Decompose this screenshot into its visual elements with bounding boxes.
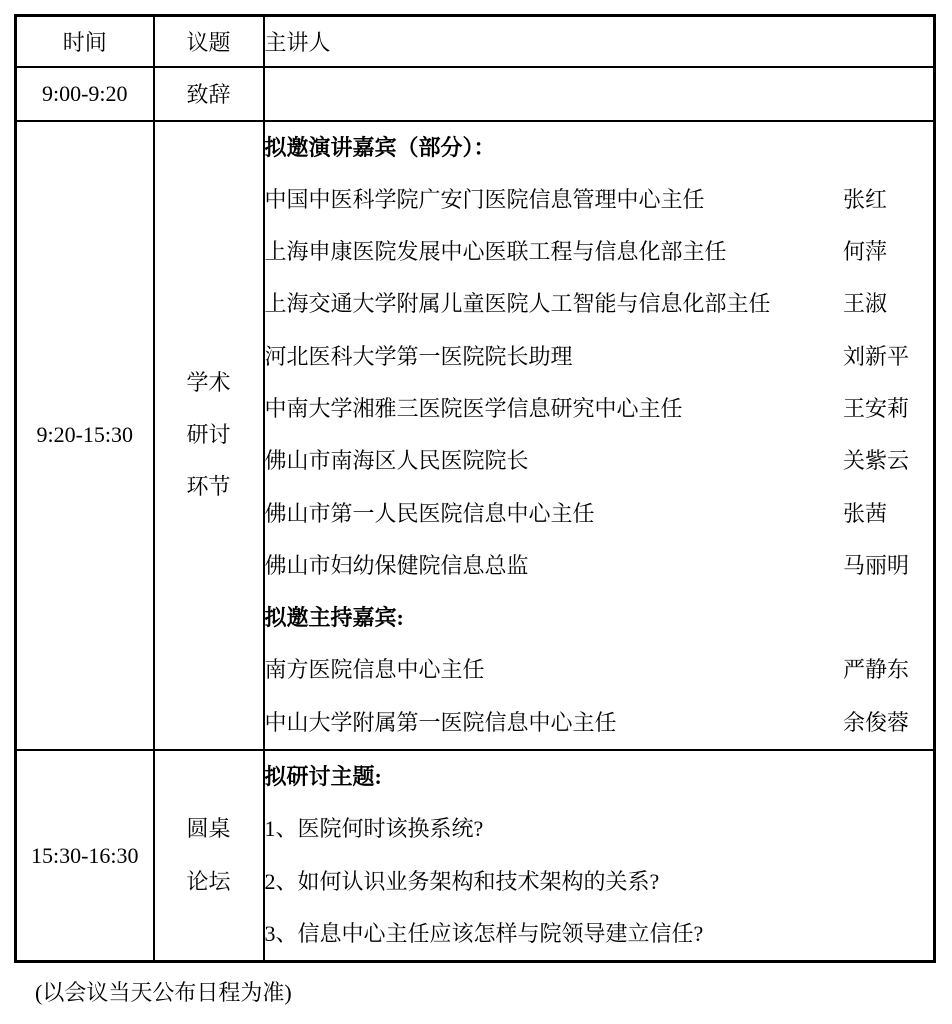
topic-line: 圆桌 <box>155 803 263 855</box>
header-cell-topic: 议题 <box>154 16 264 67</box>
speaker-name: 何萍 <box>843 226 933 278</box>
speaker-row: 上海交通大学附属儿童医院人工智能与信息化部主任 王淑 <box>265 278 934 330</box>
speaker-row: 中国中医科学院广安门医院信息管理中心主任 张红 <box>265 174 934 226</box>
topic-cell: 圆桌 论坛 <box>154 750 264 962</box>
speaker-name: 张红 <box>843 174 933 226</box>
themes-heading: 拟研讨主题: <box>265 751 934 803</box>
speaker-row: 河北医科大学第一医院院长助理 刘新平 <box>265 331 934 383</box>
speaker-org: 中国中医科学院广安门医院信息管理中心主任 <box>265 174 844 226</box>
topic-line: 论坛 <box>155 856 263 908</box>
host-name: 余俊蓉 <box>843 697 933 749</box>
time-cell: 9:00-9:20 <box>16 67 154 121</box>
topic-line: 学术 <box>155 357 263 409</box>
speaker-row: 中南大学湘雅三医院医学信息研究中心主任 王安莉 <box>265 383 934 435</box>
speaker-org: 佛山市妇幼保健院信息总监 <box>265 540 844 592</box>
header-cell-time: 时间 <box>16 16 154 67</box>
table-row-academic: 9:20-15:30 学术 研讨 环节 拟邀演讲嘉宾（部分）： 中国中医科学院广… <box>16 121 935 751</box>
topic-cell: 致辞 <box>154 67 264 121</box>
speaker-org: 中南大学湘雅三医院医学信息研究中心主任 <box>265 383 844 435</box>
topic-line-stack: 圆桌 论坛 <box>155 803 263 908</box>
table-row-opening: 9:00-9:20 致辞 <box>16 67 935 121</box>
themes-cell: 拟研讨主题: 1、医院何时该换系统? 2、如何认识业务架构和技术架构的关系? 3… <box>264 750 935 962</box>
theme-item: 1、医院何时该换系统? <box>265 803 934 855</box>
topic-line: 环节 <box>155 461 263 513</box>
speaker-org: 上海交通大学附属儿童医院人工智能与信息化部主任 <box>265 278 844 330</box>
topic-line-stack: 学术 研讨 环节 <box>155 357 263 514</box>
table-row-round-table: 15:30-16:30 圆桌 论坛 拟研讨主题: 1、医院何时该换系统? 2、如… <box>16 750 935 962</box>
footer-note: (以会议当天公布日程为准) <box>35 976 292 1007</box>
speaker-name: 马丽明 <box>843 540 933 592</box>
speaker-name: 张茜 <box>843 488 933 540</box>
hosts-heading: 拟邀主持嘉宾: <box>265 592 934 644</box>
speaker-org: 佛山市第一人民医院信息中心主任 <box>265 488 844 540</box>
host-row: 中山大学附属第一医院信息中心主任 余俊蓉 <box>265 697 934 749</box>
host-name: 严静东 <box>843 644 933 696</box>
speaker-row: 佛山市第一人民医院信息中心主任 张茜 <box>265 488 934 540</box>
speaker-name: 关紫云 <box>843 435 933 487</box>
table-header-row: 时间 议题 主讲人 <box>16 16 935 67</box>
speaker-row: 上海申康医院发展中心医联工程与信息化部主任 何萍 <box>265 226 934 278</box>
host-org: 南方医院信息中心主任 <box>265 644 844 696</box>
speaker-cell-empty <box>264 67 935 121</box>
agenda-table: 时间 议题 主讲人 9:00-9:20 致辞 9:20-15:30 学术 研讨 … <box>14 14 936 963</box>
speaker-cell: 拟邀演讲嘉宾（部分）： 中国中医科学院广安门医院信息管理中心主任 张红 上海申康… <box>264 121 935 751</box>
speaker-org: 河北医科大学第一医院院长助理 <box>265 331 844 383</box>
agenda-page: 时间 议题 主讲人 9:00-9:20 致辞 9:20-15:30 学术 研讨 … <box>0 0 952 1024</box>
theme-item: 2、如何认识业务架构和技术架构的关系? <box>265 856 934 908</box>
speaker-org: 上海申康医院发展中心医联工程与信息化部主任 <box>265 226 844 278</box>
speaker-row: 佛山市南海区人民医院院长 关紫云 <box>265 435 934 487</box>
speakers-heading: 拟邀演讲嘉宾（部分）： <box>265 122 934 174</box>
topic-line: 研讨 <box>155 409 263 461</box>
theme-item: 3、信息中心主任应该怎样与院领导建立信任? <box>265 908 934 960</box>
time-cell: 9:20-15:30 <box>16 121 154 751</box>
speaker-name: 王安莉 <box>843 383 933 435</box>
time-cell: 15:30-16:30 <box>16 750 154 962</box>
host-row: 南方医院信息中心主任 严静东 <box>265 644 934 696</box>
host-org: 中山大学附属第一医院信息中心主任 <box>265 697 844 749</box>
speaker-org: 佛山市南海区人民医院院长 <box>265 435 844 487</box>
speaker-name: 王淑 <box>843 278 933 330</box>
header-cell-speaker: 主讲人 <box>264 16 935 67</box>
speaker-row: 佛山市妇幼保健院信息总监 马丽明 <box>265 540 934 592</box>
speaker-name: 刘新平 <box>843 331 933 383</box>
topic-cell: 学术 研讨 环节 <box>154 121 264 751</box>
